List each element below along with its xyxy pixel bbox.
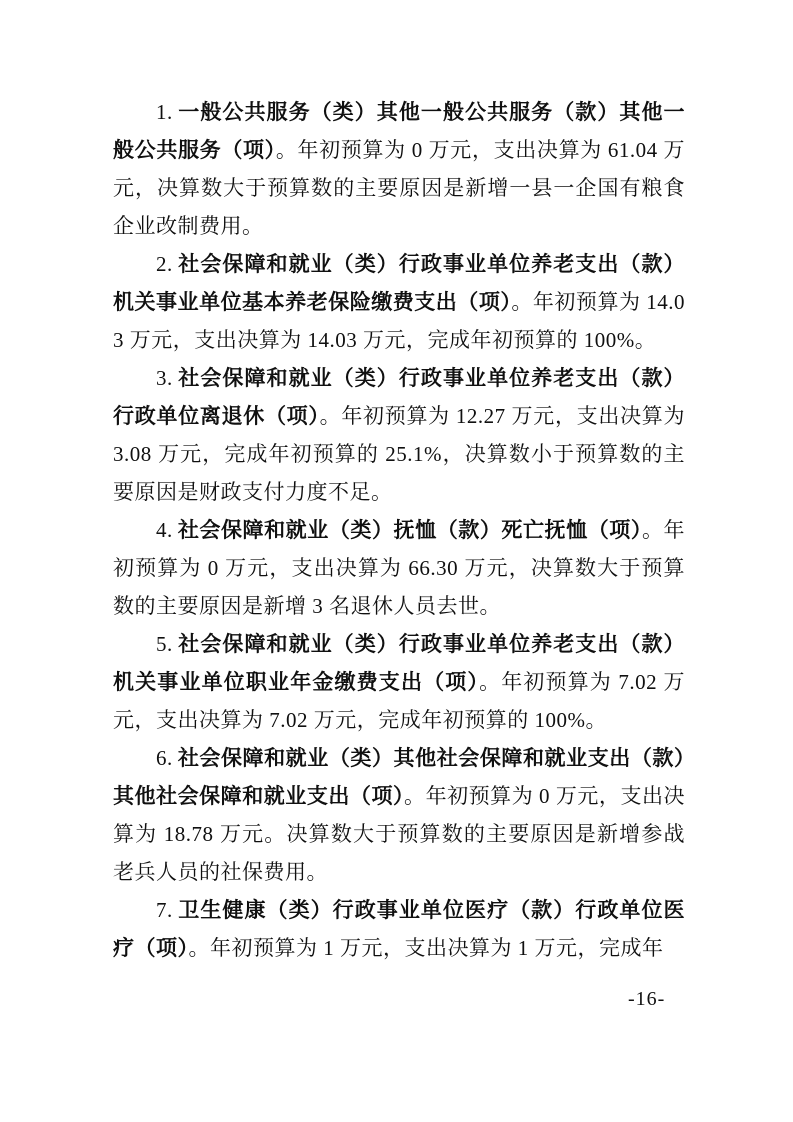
budget-paragraph-5: 5.社会保障和就业（类）行政事业单位养老支出（款）机关事业单位职业年金缴费支出（… — [113, 625, 685, 739]
paragraph-number: 6. — [156, 746, 173, 770]
paragraph-number: 4. — [156, 518, 173, 542]
paragraph-number: 2. — [156, 252, 173, 276]
budget-paragraph-7: 7.卫生健康（类）行政事业单位医疗（款）行政单位医疗（项）。年初预算为 1 万元… — [113, 891, 685, 967]
budget-paragraph-2: 2.社会保障和就业（类）行政事业单位养老支出（款）机关事业单位基本养老保险缴费支… — [113, 245, 685, 359]
page-number: -16- — [628, 988, 665, 1011]
budget-paragraph-6: 6.社会保障和就业（类）其他社会保障和就业支出（款）其他社会保障和就业支出（项）… — [113, 739, 685, 891]
budget-paragraph-3: 3.社会保障和就业（类）行政事业单位养老支出（款）行政单位离退休（项）。年初预算… — [113, 359, 685, 511]
budget-paragraph-1: 1.一般公共服务（类）其他一般公共服务（款）其他一般公共服务（项）。年初预算为 … — [113, 93, 685, 245]
budget-item-title: 社会保障和就业（类）抚恤（款）死亡抚恤（项） — [178, 518, 642, 542]
budget-item-detail: 。年初预算为 1 万元，支出决算为 1 万元，完成年 — [189, 936, 664, 960]
document-page: 1.一般公共服务（类）其他一般公共服务（款）其他一般公共服务（项）。年初预算为 … — [0, 0, 793, 1122]
paragraph-number: 5. — [156, 632, 173, 656]
paragraph-number: 7. — [156, 898, 173, 922]
paragraph-number: 3. — [156, 366, 173, 390]
paragraph-number: 1. — [156, 100, 173, 124]
document-body: 1.一般公共服务（类）其他一般公共服务（款）其他一般公共服务（项）。年初预算为 … — [113, 93, 685, 967]
budget-paragraph-4: 4.社会保障和就业（类）抚恤（款）死亡抚恤（项）。年初预算为 0 万元，支出决算… — [113, 511, 685, 625]
